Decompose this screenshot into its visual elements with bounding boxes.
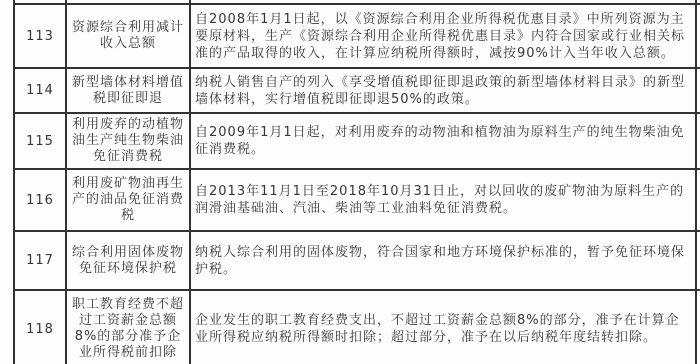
clipped-column-cell (696, 113, 700, 169)
policy-description: 自2013年11月1日至2018年10月31日止，对以回收的废矿物油为原料生产的… (190, 169, 696, 231)
clipped-column-cell (696, 68, 700, 113)
policy-name: 新型墙体材料增值税即征即退 (66, 68, 190, 113)
row-number: 117 (14, 231, 66, 290)
policy-description: 纳税人综合利用的固体废物，符合国家和地方环境保护标准的，暂予免征环境保护税。 (190, 231, 696, 290)
clipped-column-cell (696, 290, 700, 364)
tax-policy-table: 113 资源综合利用减计收入总额 自2008年1月1日起，以《资源综合利用企业所… (13, 0, 700, 364)
table-row: 116 利用废矿物油再生产的油品免征消费税 自2013年11月1日至2018年1… (14, 169, 700, 231)
table-row: 117 综合利用固体废物免征环境保护税 纳税人综合利用的固体废物，符合国家和地方… (14, 231, 700, 290)
policy-name: 利用废弃的动植物油生产纯生物柴油免征消费税 (66, 113, 190, 169)
row-number: 118 (14, 290, 66, 364)
table-row: 115 利用废弃的动植物油生产纯生物柴油免征消费税 自2009年1月1日起，对利… (14, 113, 700, 169)
row-number: 113 (14, 4, 66, 68)
policy-name: 综合利用固体废物免征环境保护税 (66, 231, 190, 290)
policy-description: 自2008年1月1日起，以《资源综合利用企业所得税优惠目录》中所列资源为主要原材… (190, 4, 696, 68)
row-number: 116 (14, 169, 66, 231)
row-number: 115 (14, 113, 66, 169)
clipped-column-cell (696, 231, 700, 290)
policy-description: 自2009年1月1日起，对利用废弃的动物油和植物油为原料生产的纯生物柴油免征消费… (190, 113, 696, 169)
clipped-column-cell (696, 4, 700, 68)
policy-name: 资源综合利用减计收入总额 (66, 4, 190, 68)
policy-name: 利用废矿物油再生产的油品免征消费税 (66, 169, 190, 231)
policy-name: 职工教育经费不超过工资薪金总额8%的部分准予企业所得税前扣除 (66, 290, 190, 364)
policy-description: 企业发生的职工教育经费支出，不超过工资薪金总额8%的部分，准予在计算企业所得税应… (190, 290, 696, 364)
policy-description: 纳税人销售自产的列入《享受增值税即征即退政策的新型墙体材料目录》的新型墙体材料，… (190, 68, 696, 113)
table-row: 113 资源综合利用减计收入总额 自2008年1月1日起，以《资源综合利用企业所… (14, 4, 700, 68)
row-number: 114 (14, 68, 66, 113)
document-page: 113 资源综合利用减计收入总额 自2008年1月1日起，以《资源综合利用企业所… (0, 0, 700, 364)
clipped-column-cell (696, 169, 700, 231)
table-row: 118 职工教育经费不超过工资薪金总额8%的部分准予企业所得税前扣除 企业发生的… (14, 290, 700, 364)
table-row: 114 新型墙体材料增值税即征即退 纳税人销售自产的列入《享受增值税即征即退政策… (14, 68, 700, 113)
